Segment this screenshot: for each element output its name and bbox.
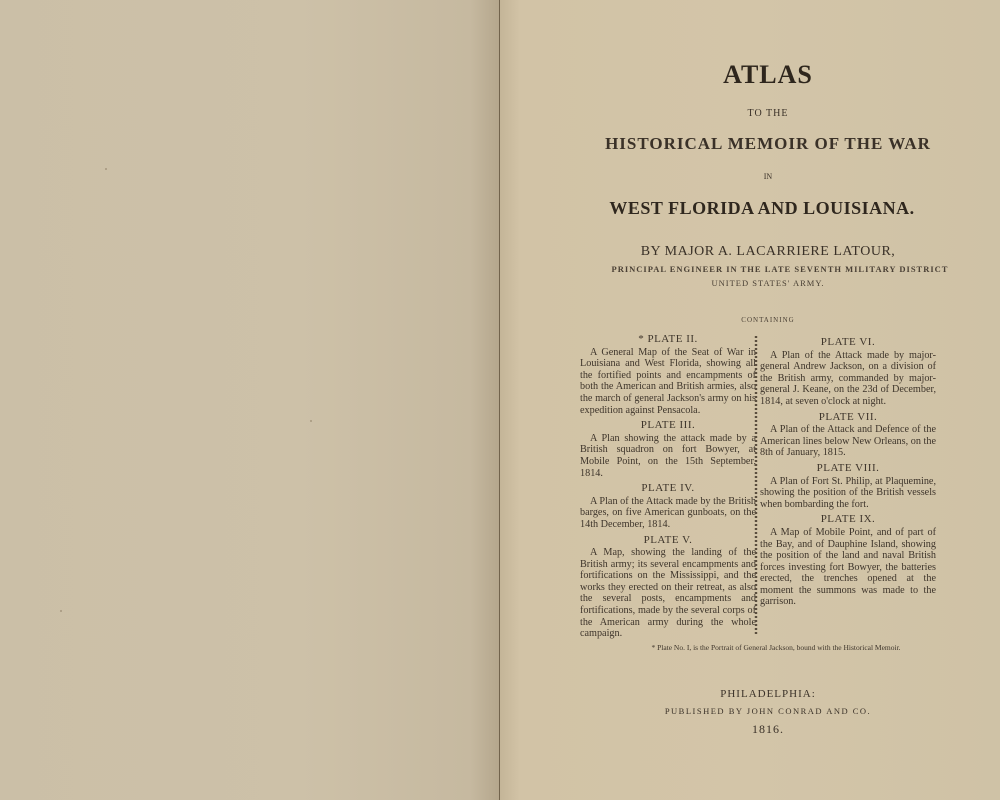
to-the-text: TO THE xyxy=(500,108,1000,119)
title-page: ATLAS TO THE HISTORICAL MEMOIR OF THE WA… xyxy=(500,0,1000,800)
in-text: IN xyxy=(500,172,1000,181)
plate-entry: PLATE VIII. A Plan of Fort St. Philip, a… xyxy=(760,463,936,510)
plate-description: A General Map of the Seat of War in Loui… xyxy=(580,347,756,417)
plate-description: A Plan of the Attack and Defence of the … xyxy=(760,424,936,459)
plate-heading: PLATE VI. xyxy=(760,337,936,349)
author-role-line1: PRINCIPAL ENGINEER IN THE LATE SEVENTH M… xyxy=(500,264,1000,274)
plate-heading: PLATE IX. xyxy=(760,514,936,526)
book-spread: ATLAS TO THE HISTORICAL MEMOIR OF THE WA… xyxy=(0,0,1000,800)
plate-description: A Plan of the Attack made by the British… xyxy=(580,496,756,531)
paper-speck xyxy=(105,168,107,170)
plate-description: A Plan of Fort St. Philip, at Plaquemine… xyxy=(760,476,936,511)
plate-entry: PLATE VII. A Plan of the Attack and Defe… xyxy=(760,412,936,459)
atlas-title: ATLAS xyxy=(500,60,1000,90)
containing-label: CONTAINING xyxy=(500,316,1000,324)
plates-column-left: * PLATE II. A General Map of the Seat of… xyxy=(580,334,756,644)
plate-heading: * PLATE II. xyxy=(580,334,756,346)
plate-heading: PLATE VII. xyxy=(760,412,936,424)
author-line: BY MAJOR A. LACARRIERE LATOUR, xyxy=(500,244,1000,260)
plate-entry: PLATE III. A Plan showing the attack mad… xyxy=(580,420,756,479)
plate-entry: * PLATE II. A General Map of the Seat of… xyxy=(580,334,756,416)
plate-heading: PLATE VIII. xyxy=(760,463,936,475)
plate-heading: PLATE IV. xyxy=(580,483,756,495)
memoir-subtitle: HISTORICAL MEMOIR OF THE WAR xyxy=(500,134,1000,154)
plate-description: A Plan of the Attack made by major-gener… xyxy=(760,350,936,408)
plate-description: A Map of Mobile Point, and of part of th… xyxy=(760,527,936,608)
plate-footnote: * Plate No. I, is the Portrait of Genera… xyxy=(500,643,1000,652)
plate-entry: PLATE IV. A Plan of the Attack made by t… xyxy=(580,483,756,530)
plate-description: A Plan showing the attack made by a Brit… xyxy=(580,433,756,479)
paper-speck xyxy=(310,420,312,422)
left-page-blank xyxy=(0,0,500,800)
plates-column-right: PLATE VI. A Plan of the Attack made by m… xyxy=(760,337,936,612)
imprint-publisher: PUBLISHED BY JOHN CONRAD AND CO. xyxy=(500,706,1000,716)
author-role-line2: UNITED STATES' ARMY. xyxy=(500,278,1000,288)
plate-entry: PLATE VI. A Plan of the Attack made by m… xyxy=(760,337,936,408)
paper-speck xyxy=(60,610,62,612)
imprint-city: PHILADELPHIA: xyxy=(500,688,1000,700)
plate-heading: PLATE V. xyxy=(580,535,756,547)
imprint-year: 1816. xyxy=(500,722,1000,737)
plate-entry: PLATE IX. A Map of Mobile Point, and of … xyxy=(760,514,936,608)
plate-entry: PLATE V. A Map, showing the landing of t… xyxy=(580,535,756,640)
plate-description: A Map, showing the landing of the Britis… xyxy=(580,547,756,640)
plate-heading: PLATE III. xyxy=(580,420,756,432)
region-title: WEST FLORIDA AND LOUISIANA. xyxy=(500,198,1000,219)
